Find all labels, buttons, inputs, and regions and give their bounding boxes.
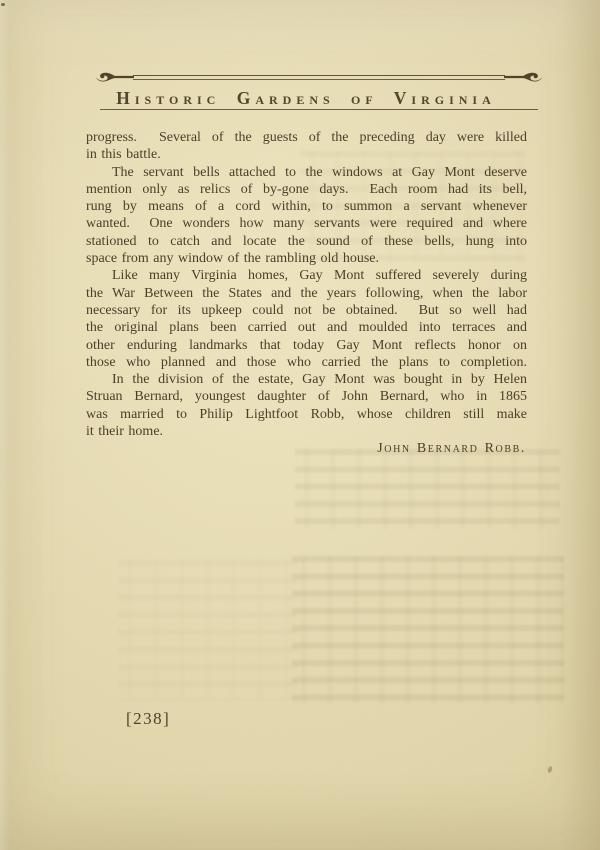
text-line: necessary for its upkeep could not be ob…	[86, 302, 527, 319]
text-line: space from any window of the rambling ol…	[86, 250, 527, 267]
ink-speck	[547, 766, 553, 774]
verso-show-through	[295, 449, 560, 529]
text-line: other enduring landmarks that today Gay …	[86, 337, 527, 354]
verso-show-through	[118, 560, 298, 700]
page-number: [238]	[126, 709, 170, 729]
text-line: was married to Philip Lightfoot Robb, wh…	[86, 406, 527, 423]
text-line: the original plans been carried out and …	[86, 319, 527, 336]
header-ornament-rule	[95, 70, 543, 84]
text-line: Struan Bernard, youngest daughter of Joh…	[86, 388, 527, 405]
text-line: in this battle.	[86, 146, 527, 163]
verso-show-through	[292, 556, 564, 704]
text-line: wanted. One wonders how many servants we…	[86, 215, 527, 232]
scanned-book-page: Historic Gardens of Virginia progress. S…	[0, 0, 600, 850]
text-line: In the division of the estate, Gay Mont …	[86, 371, 527, 388]
scroll-flourish-left-icon	[95, 70, 135, 84]
text-line: progress. Several of the guests of the p…	[86, 129, 527, 146]
text-line: those who planned and those who carried …	[86, 354, 527, 371]
double-rule	[133, 75, 505, 80]
header-rule	[100, 109, 538, 110]
text-line: stationed to catch and locate the sound …	[86, 233, 527, 250]
text-line: the War Between the States and the years…	[86, 285, 527, 302]
author-signature: John Bernard Robb.	[86, 440, 527, 457]
running-head-title: Historic Gardens of Virginia	[80, 88, 532, 109]
ink-speck	[1, 3, 5, 6]
scroll-flourish-right-icon	[503, 70, 543, 84]
text-line: mention only as relics of by-gone days. …	[86, 181, 527, 198]
text-line: rung by means of a cord within, to summo…	[86, 198, 527, 215]
body-text: progress. Several of the guests of the p…	[86, 129, 527, 458]
text-line: Like many Virginia homes, Gay Mont suffe…	[86, 267, 527, 284]
text-line: it their home.	[86, 423, 527, 440]
text-line: The servant bells attached to the window…	[86, 164, 527, 181]
